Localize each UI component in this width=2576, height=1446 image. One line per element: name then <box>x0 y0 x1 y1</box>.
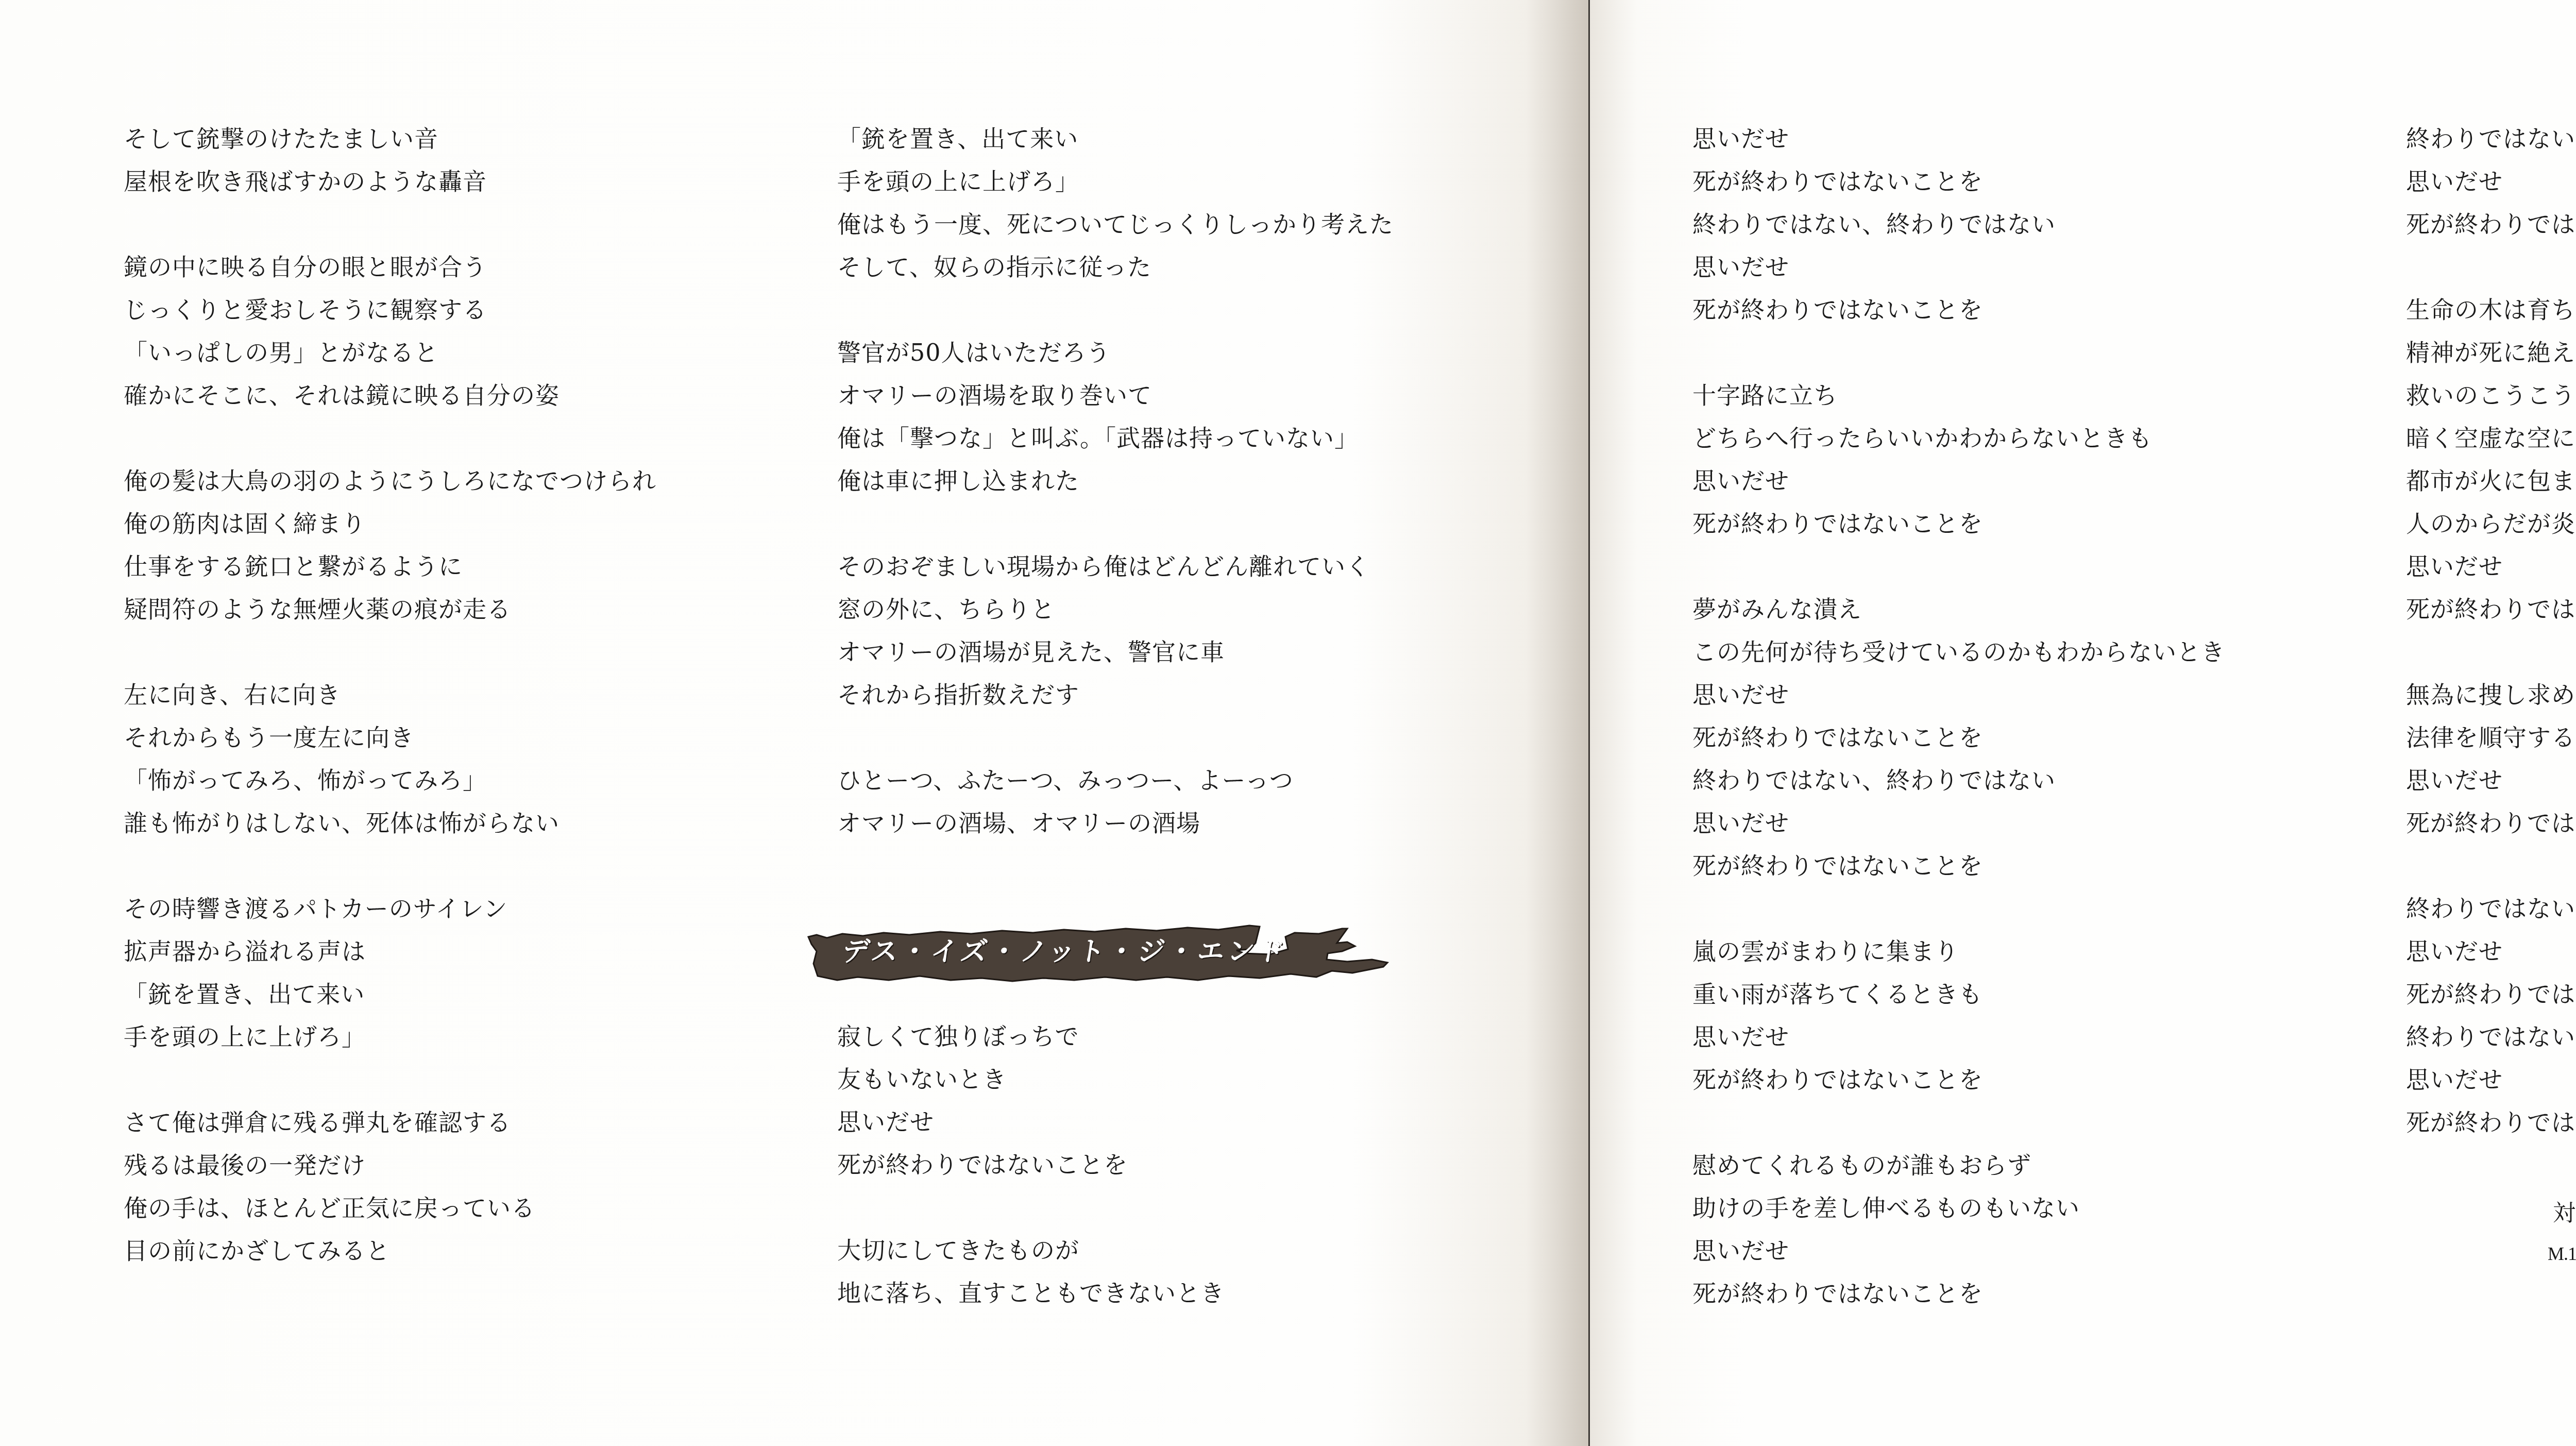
translation-credit: 対訳：Buckley S. Chance(C.135 Music 1995) <box>2553 1195 2576 1228</box>
stanza-gap <box>124 845 656 887</box>
lyric-line: それからもう一度左に向き <box>124 716 656 759</box>
lyric-line: 死が終わりではないことを <box>2406 973 2576 1016</box>
lyric-line: 死が終わりではないことを <box>2406 203 2576 246</box>
lyric-line: 思いだせ <box>1692 246 2225 289</box>
translation-omission-note: M.11～13の対訳は都合により省略させていただきます。 <box>2548 1239 2576 1266</box>
lyric-line: 俺の手は、ほとんど正気に戻っている <box>124 1187 656 1230</box>
stanza-gap <box>837 1186 1225 1229</box>
lyric-line: さて俺は弾倉に残る弾丸を確認する <box>124 1101 656 1144</box>
lyric-line: 救いのこうこうとした灯が <box>2406 374 2576 417</box>
lyric-line: オマリーの酒場を取り巻いて <box>837 374 1394 417</box>
lyric-line: この先何が待ち受けているのかもわからないとき <box>1692 631 2225 674</box>
stanza-gap <box>1692 545 2225 588</box>
lyric-line: 終わりではない、終わりではない <box>1692 759 2225 802</box>
lyric-line: それから指折数えだす <box>837 674 1394 716</box>
song-title: デス・イズ・ノット・ジ・エンド <box>840 934 1290 970</box>
lyric-line: 残るは最後の一発だけ <box>124 1144 656 1187</box>
lyric-line: 俺は「撃つな」と叫ぶ。「武器は持っていない」 <box>837 417 1394 460</box>
lyric-line: 夢がみんな潰え <box>1692 588 2225 631</box>
lyric-line: 俺はもう一度、死についてじっくりしっかり考えた <box>837 203 1394 246</box>
lyric-line: 嵐の雲がまわりに集まり <box>1692 930 2225 973</box>
lyric-line: 思いだせ <box>2406 759 2576 802</box>
lyric-line: 「怖がってみろ、怖がってみろ」 <box>124 759 656 802</box>
lyric-line: そして銃撃のけたたましい音 <box>124 117 656 160</box>
lyric-line: 思いだせ <box>1692 117 2225 160</box>
stanza-gap <box>124 203 656 246</box>
lyric-line: 死が終わりではないことを <box>2406 802 2576 845</box>
lyric-line: 思いだせ <box>1692 1016 2225 1058</box>
stanza-gap <box>1692 1101 2225 1144</box>
lyrics-column-2: 「銃を置き、出て来い手を頭の上に上げろ」俺はもう一度、死についてじっくりしっかり… <box>837 117 1394 845</box>
lyric-line: 死が終わりではないことを <box>2406 1101 2576 1144</box>
lyric-line: 俺の髪は大鳥の羽のようにうしろになでつけられ <box>124 460 656 502</box>
lyric-line: 生命の木は育ち続け <box>2406 289 2576 331</box>
stanza-gap <box>1692 887 2225 930</box>
lyric-line: 法律を順守する市民 <box>2406 716 2576 759</box>
lyric-line: 終わりではない、終わりではない <box>1692 203 2225 246</box>
lyric-line: 「いっぱしの男」とがなると <box>124 331 656 374</box>
lyric-line: 助けの手を差し伸べるものもいない <box>1692 1187 2225 1230</box>
lyric-line: 慰めてくれるものが誰もおらず <box>1692 1144 2225 1187</box>
lyric-line: 仕事をする銃口と繋がるように <box>124 545 656 588</box>
lyric-line: 誰も怖がりはしない、死体は怖がらない <box>124 802 656 845</box>
lyric-line: 十字路に立ち <box>1692 374 2225 417</box>
lyric-line: 無為に捜し求めるのは <box>2406 674 2576 716</box>
lyric-line: 思いだせ <box>2406 1058 2576 1101</box>
lyric-line: 人のからだが炎に包まれるとき <box>2406 502 2576 545</box>
lyric-line: 思いだせ <box>2406 160 2576 203</box>
lyric-line: 寂しくて独りぼっちで <box>837 1015 1225 1058</box>
lyric-line: 「銃を置き、出て来い <box>837 117 1394 160</box>
lyric-line: その時響き渡るパトカーのサイレン <box>124 887 656 930</box>
lyric-line: 思いだせ <box>1692 1230 2225 1272</box>
lyric-line: 死が終わりではないことを <box>1692 845 2225 887</box>
lyric-line: 「銃を置き、出て来い <box>124 973 656 1016</box>
lyric-line: 俺の筋肉は固く締まり <box>124 502 656 545</box>
lyric-line: 思いだせ <box>837 1101 1225 1144</box>
lyric-line: 死が終わりではないことを <box>1692 160 2225 203</box>
lyric-line: 思いだせ <box>1692 802 2225 845</box>
lyric-line: 終わりではない、終わりではない <box>2406 1016 2576 1058</box>
song-title-banner: デス・イズ・ノット・ジ・エンド <box>806 922 1394 983</box>
lyric-line: 屋根を吹き飛ばすかのような轟音 <box>124 160 656 203</box>
lyric-line: ひとーつ、ふたーつ、みっつー、よーっつ <box>837 759 1394 802</box>
lyric-line: 精神が死に絶えることはない <box>2406 331 2576 374</box>
lyric-line: そして、奴らの指示に従った <box>837 246 1394 289</box>
stanza-gap <box>837 716 1394 759</box>
lyric-line: どちらへ行ったらいいかわからないときも <box>1692 417 2225 460</box>
lyric-line: 地に落ち、直すこともできないとき <box>837 1272 1225 1315</box>
lyric-line: 終わりではない、終わりではない <box>2406 887 2576 930</box>
lyric-line: 窓の外に、ちらりと <box>837 588 1394 631</box>
stanza-gap <box>837 289 1394 331</box>
lyric-line: 確かにそこに、それは鏡に映る自分の姿 <box>124 374 656 417</box>
lyric-line: 鏡の中に映る自分の眼と眼が合う <box>124 246 656 289</box>
lyric-line: 死が終わりではないことを <box>837 1144 1225 1186</box>
lyric-line: 思いだせ <box>2406 545 2576 588</box>
lyric-line: 俺は車に押し込まれた <box>837 460 1394 502</box>
lyric-line: 疑問符のような無煙火薬の痕が走る <box>124 588 656 631</box>
stanza-gap <box>2406 246 2576 289</box>
lyrics-column-2-after-banner: 寂しくて独りぼっちで友もいないとき思いだせ死が終わりではないことを大切にしてきた… <box>837 1015 1225 1315</box>
stanza-gap <box>124 417 656 460</box>
lyric-line: 左に向き、右に向き <box>124 674 656 716</box>
lyric-line: 拡声器から溢れる声は <box>124 930 656 973</box>
stanza-gap <box>124 1058 656 1101</box>
lyric-line: 警官が50人はいただろう <box>837 331 1394 374</box>
lyric-line: 思いだせ <box>1692 460 2225 502</box>
lyric-line: 手を頭の上に上げろ」 <box>124 1016 656 1058</box>
lyric-line: 目の前にかざしてみると <box>124 1230 656 1272</box>
lyric-line: 大切にしてきたものが <box>837 1229 1225 1272</box>
lyrics-column-4: 終わりではない、終わりではない思いだせ死が終わりではないことを生命の木は育ち続け… <box>2406 117 2576 1144</box>
lyric-line: オマリーの酒場、オマリーの酒場 <box>837 802 1394 845</box>
lyric-line: 死が終わりではないことを <box>1692 1272 2225 1315</box>
stanza-gap <box>124 631 656 674</box>
stanza-gap <box>2406 631 2576 674</box>
lyric-line: 思いだせ <box>2406 930 2576 973</box>
lyric-line: 終わりではない、終わりではない <box>2406 117 2576 160</box>
lyrics-column-1: そして銃撃のけたたましい音屋根を吹き飛ばすかのような轟音鏡の中に映る自分の眼と眼… <box>124 117 656 1272</box>
lyric-line: 友もいないとき <box>837 1058 1225 1101</box>
lyric-line: 暗く空虚な空に輝く <box>2406 417 2576 460</box>
lyric-line: そのおぞましい現場から俺はどんどん離れていく <box>837 545 1394 588</box>
stanza-gap <box>1692 331 2225 374</box>
lyric-line: オマリーの酒場が見えた、警官に車 <box>837 631 1394 674</box>
lyric-line: 死が終わりではないことを <box>1692 716 2225 759</box>
lyrics-column-3: 思いだせ死が終わりではないことを終わりではない、終わりではない思いだせ死が終わり… <box>1692 117 2225 1315</box>
lyric-line: 死が終わりではないことを <box>1692 1058 2225 1101</box>
booklet-fold-line <box>1588 0 1590 1446</box>
lyric-line: 死が終わりではないことを <box>2406 588 2576 631</box>
lyric-line: 思いだせ <box>1692 674 2225 716</box>
lyric-line: 死が終わりではないことを <box>1692 289 2225 331</box>
lyric-line: 手を頭の上に上げろ」 <box>837 160 1394 203</box>
lyric-line: 都市が火に包まれ <box>2406 460 2576 502</box>
lyric-line: 死が終わりではないことを <box>1692 502 2225 545</box>
lyric-line: じっくりと愛おしそうに観察する <box>124 289 656 331</box>
stanza-gap <box>837 502 1394 545</box>
lyric-line: 重い雨が落ちてくるときも <box>1692 973 2225 1016</box>
stanza-gap <box>2406 845 2576 887</box>
